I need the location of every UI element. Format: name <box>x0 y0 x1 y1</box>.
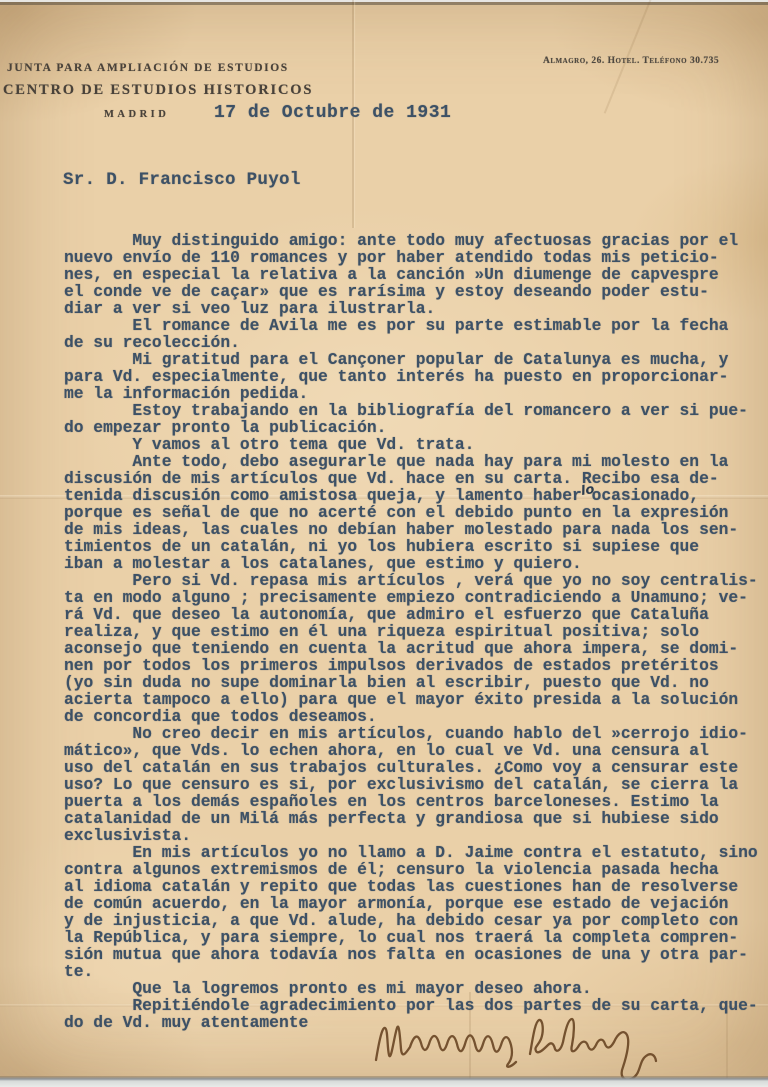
body-line: realiza, y que estimo en él una riqueza … <box>64 623 764 640</box>
scan-edge-top-shadow <box>0 2 768 5</box>
scan-edge-bottom <box>0 1076 768 1087</box>
body-line: porque es señal de que no acerté con el … <box>64 504 764 521</box>
body-line: Ante todo, debo asegurarle que nada hay … <box>64 453 764 470</box>
body-line: En mis artículos yo no llamo a D. Jaime … <box>64 844 764 861</box>
body-line: diar a ver si veo luz para ilustrarla. <box>64 300 764 317</box>
body-line: nen por todos los primeros impulsos deri… <box>64 657 764 674</box>
body-line: de común acuerdo, en la mayor armonía, p… <box>64 895 764 912</box>
body-line: acierta tampoco a ello) para que el mayo… <box>64 691 764 708</box>
letterhead-org-line1: JUNTA PARA AMPLIACIÓN DE ESTUDIOS <box>7 62 289 74</box>
body-line: catalanidad de un Milá más perfecta y gr… <box>64 810 764 827</box>
signature-icon <box>362 1006 702 1087</box>
signature <box>362 1006 702 1087</box>
letterhead-city: MADRID <box>104 109 169 120</box>
letter-body: Muy distinguido amigo: ante todo muy afe… <box>64 232 764 1031</box>
body-line: de concordia que todos deseamos. <box>64 708 764 725</box>
body-line: rá Vd. que deseo la autonomía, que admir… <box>64 606 764 623</box>
body-line: Pero si Vd. repasa mis artículos , verá … <box>64 572 764 589</box>
body-line: puerta a los demás españoles en los cent… <box>64 793 764 810</box>
body-line: te. <box>64 963 764 980</box>
body-line: discusión de mis artículos que Vd. hace … <box>64 470 764 487</box>
body-line: al idioma catalán y repito que todas las… <box>64 878 764 895</box>
body-line: y de injusticia, a que Vd. alude, ha deb… <box>64 912 764 929</box>
body-line: mático», que Vds. lo echen ahora, en lo … <box>64 742 764 759</box>
body-line: timientos de un catalán, ni yo los hubie… <box>64 538 764 555</box>
date-line: 17 de Octubre de 1931 <box>214 103 451 123</box>
letterhead-org-line2: CENTRO DE ESTUDIOS HISTORICOS <box>3 82 313 99</box>
body-line: aconsejo que teniendo en cuenta la acrit… <box>64 640 764 657</box>
letterhead-address: Almagro, 26. Hotel. Teléfono 30.735 <box>543 56 719 66</box>
body-line: el conde ve de caçar» que es rarísima y … <box>64 283 764 300</box>
body-line: exclusivista. <box>64 827 764 844</box>
body-line: Mi gratitud para el Cançoner popular de … <box>64 351 764 368</box>
body-line: para Vd. especialmente, que tanto interé… <box>64 368 764 385</box>
body-line: Que la logremos pronto es mi mayor deseo… <box>64 980 764 997</box>
body-line: la República, y para siempre, lo cual no… <box>64 929 764 946</box>
handwritten-insertion: lo <box>580 482 596 499</box>
body-line: Estoy trabajando en la bibliografía del … <box>64 402 764 419</box>
body-line: nuevo envío de 110 romances y por haber … <box>64 249 764 266</box>
body-line: uso? Lo que censuro es si, por exclusivi… <box>64 776 764 793</box>
body-line: Y vamos al otro tema que Vd. trata. <box>64 436 764 453</box>
body-line: Muy distinguido amigo: ante todo muy afe… <box>64 232 764 249</box>
body-line: No creo decir en mis artículos, cuando h… <box>64 725 764 742</box>
letter-page: JUNTA PARA AMPLIACIÓN DE ESTUDIOS CENTRO… <box>0 0 768 1087</box>
recipient-line: Sr. D. Francisco Puyol <box>63 170 301 190</box>
body-line: tenida discusión como amistosa queja, y … <box>64 487 764 504</box>
body-line: El romance de Avila me es por su parte e… <box>64 317 764 334</box>
body-line: iban a molestar a los catalanes, que est… <box>64 555 764 572</box>
body-line: contra algunos extremismos de él; censur… <box>64 861 764 878</box>
body-line: de mis ideas, las cuales no debían haber… <box>64 521 764 538</box>
body-line: nes, en especial la relativa a la canció… <box>64 266 764 283</box>
body-line: do empezar pronto la publicación. <box>64 419 764 436</box>
body-line: (yo sin duda no supe dominarla bien al e… <box>64 674 764 691</box>
body-line: ta en modo alguno ; precisamente empiezo… <box>64 589 764 606</box>
body-line: uso del catalán en sus trabajos cultural… <box>64 759 764 776</box>
body-line: me la información pedida. <box>64 385 764 402</box>
body-line: de su recolección. <box>64 334 764 351</box>
body-line: sión mutua que ahora todavía nos falta e… <box>64 946 764 963</box>
